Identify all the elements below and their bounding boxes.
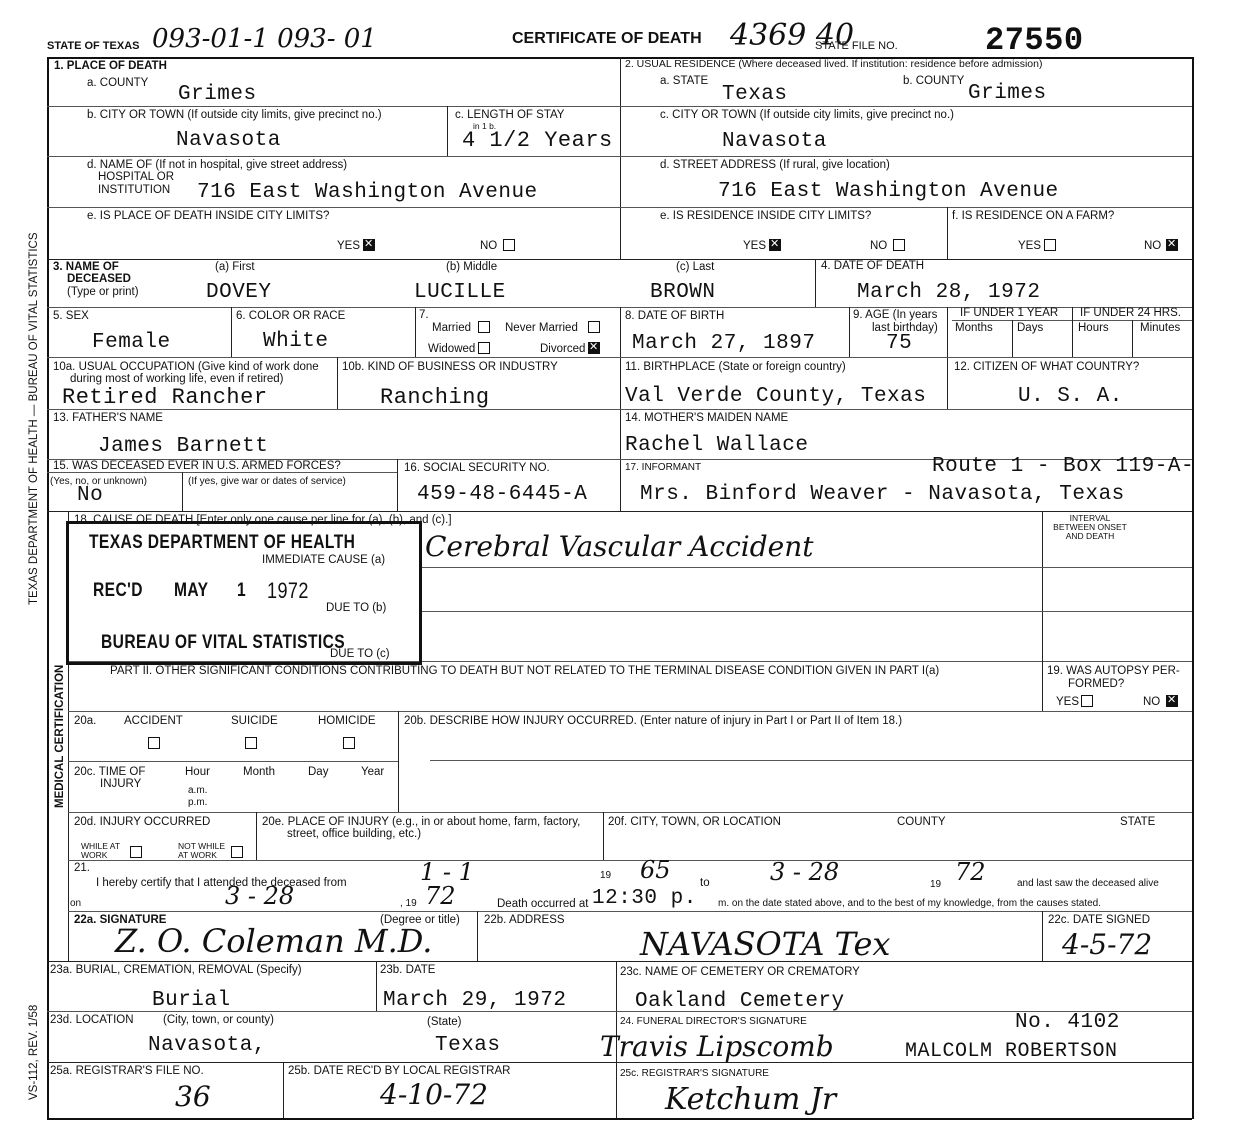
physician-signature[interactable]: Z. O. Coleman M.D.	[115, 922, 432, 960]
burial-state-sub: (State)	[427, 1016, 462, 1028]
residence-farm-no-checkbox[interactable]	[1166, 239, 1178, 251]
mother-value[interactable]: Rachel Wallace	[625, 435, 808, 457]
first-name-label: (a) First	[215, 261, 255, 273]
pm-label: p.m.	[188, 797, 207, 808]
length-of-stay-value[interactable]: 4 1/2 Years	[462, 130, 613, 152]
father-value[interactable]: James Barnett	[98, 436, 268, 458]
death-inside-no-label: NO	[480, 240, 497, 252]
last-name-value[interactable]: BROWN	[650, 282, 716, 304]
injury-location-label: 20f. CITY, TOWN, OR LOCATION	[608, 816, 781, 828]
death-time-value[interactable]: 12:30 p.	[592, 888, 697, 910]
under-year-label: IF UNDER 1 YEAR	[960, 307, 1058, 319]
registrar-file-label: 25a. REGISTRAR'S FILE NO.	[50, 1065, 204, 1077]
registrar-date-value[interactable]: 4-10-72	[380, 1078, 488, 1111]
ssn-label: 16. SOCIAL SECURITY NO.	[404, 462, 550, 474]
form-number-label: VS-112, REV. 1/58	[28, 1005, 40, 1100]
residence-inside-no-checkbox[interactable]	[893, 239, 905, 251]
state-file-number: 27550	[985, 24, 1084, 58]
mother-label: 14. MOTHER'S MAIDEN NAME	[625, 412, 788, 424]
residence-state-value[interactable]: Texas	[722, 84, 788, 106]
homicide-checkbox[interactable]	[343, 737, 355, 749]
death-inside-limits-label: e. IS PLACE OF DEATH INSIDE CITY LIMITS?	[87, 210, 329, 222]
residence-farm-no-label: NO	[1144, 240, 1161, 252]
autopsy-yes-label: YES	[1056, 696, 1079, 708]
birthplace-value[interactable]: Val Verde County, Texas	[625, 386, 926, 408]
divorced-checkbox[interactable]	[588, 342, 600, 354]
funeral-license-number: No. 4102	[1015, 1012, 1120, 1034]
burial-location-label: 23d. LOCATION	[50, 1014, 134, 1026]
armed-forces-label: 15. WAS DECEASED EVER IN U.S. ARMED FORC…	[53, 460, 341, 472]
residence-city-value[interactable]: Navasota	[722, 131, 827, 153]
place-of-injury-label-2: street, office building, etc.)	[287, 828, 421, 840]
death-inside-yes-checkbox[interactable]	[363, 239, 375, 251]
place-of-death-label: 1. PLACE OF DEATH	[54, 60, 167, 72]
medical-certification-side-label: MEDICAL CERTIFICATION	[54, 665, 66, 808]
date-signed-label: 22c. DATE SIGNED	[1048, 914, 1150, 926]
residence-state-label: a. STATE	[660, 75, 708, 87]
date-of-death-value[interactable]: March 28, 1972	[857, 282, 1040, 304]
widowed-checkbox[interactable]	[478, 342, 490, 354]
death-county-label: a. COUNTY	[87, 77, 148, 89]
stamp-received-prefix: REC'D	[93, 580, 143, 602]
homicide-label: HOMICIDE	[318, 715, 376, 727]
degree-label: (Degree or title)	[380, 914, 460, 926]
time-of-injury-label-2: INJURY	[100, 778, 141, 790]
ssn-value[interactable]: 459-48-6445-A	[417, 484, 587, 506]
residence-inside-limits-label: e. IS RESIDENCE INSIDE CITY LIMITS?	[660, 210, 871, 222]
last-seen-date[interactable]: 3 - 28	[225, 882, 294, 910]
disposition-value[interactable]: Burial	[152, 990, 231, 1012]
residence-street-label: d. STREET ADDRESS (If rural, give locati…	[660, 159, 890, 171]
certify-item-label: 21.	[74, 862, 90, 874]
registrar-date-label: 25b. DATE REC'D BY LOCAL REGISTRAR	[288, 1065, 510, 1077]
attended-from-year[interactable]: 65	[640, 856, 671, 884]
sex-label: 5. SEX	[53, 310, 89, 322]
funeral-director-signature[interactable]: Travis Lipscomb	[600, 1030, 834, 1063]
widowed-label: Widowed	[428, 343, 475, 355]
autopsy-no-label: NO	[1143, 696, 1160, 708]
accident-label: ACCIDENT	[124, 715, 183, 727]
never-married-label: Never Married	[505, 322, 578, 334]
dob-label: 8. DATE OF BIRTH	[625, 310, 724, 322]
birthplace-label: 11. BIRTHPLACE (State or foreign country…	[625, 361, 846, 373]
divorced-label: Divorced	[540, 343, 585, 355]
citizen-label: 12. CITIZEN OF WHAT COUNTRY?	[954, 361, 1139, 373]
residence-inside-no-label: NO	[870, 240, 887, 252]
while-at-work-label: WHILE AT WORK	[81, 842, 123, 860]
suicide-checkbox[interactable]	[245, 737, 257, 749]
on-label: on	[70, 898, 81, 909]
armed-forces-value[interactable]: No	[77, 485, 103, 507]
length-of-stay-label: c. LENGTH OF STAY	[455, 109, 564, 121]
certify-text: I hereby certify that I attended the dec…	[96, 877, 347, 889]
disposition-label: 23a. BURIAL, CREMATION, REMOVAL (Specify…	[50, 964, 302, 976]
registrar-signature[interactable]: Ketchum Jr	[665, 1082, 836, 1117]
date-of-death-label: 4. DATE OF DEATH	[821, 260, 924, 272]
received-stamp: TEXAS DEPARTMENT OF HEALTH REC'D MAY 1 1…	[66, 521, 422, 665]
describe-injury-label: 20b. DESCRIBE HOW INJURY OCCURRED. (Ente…	[404, 715, 902, 727]
year-label: Year	[361, 766, 384, 778]
deceased-name-label-3: (Type or print)	[67, 286, 139, 298]
cemetery-label: 23c. NAME OF CEMETERY OR CREMATORY	[620, 966, 860, 978]
not-while-at-work-checkbox[interactable]	[231, 846, 243, 858]
accident-checkbox[interactable]	[148, 737, 160, 749]
date-signed-value[interactable]: 4-5-72	[1062, 928, 1152, 961]
autopsy-label: 19. WAS AUTOPSY PER-	[1047, 665, 1180, 677]
cemetery-value[interactable]: Oakland Cemetery	[635, 991, 845, 1013]
residence-inside-yes-checkbox[interactable]	[769, 239, 781, 251]
hospital-label-2: HOSPITAL OR	[98, 171, 174, 183]
to-label: to	[700, 877, 710, 889]
hours-label: Hours	[1078, 322, 1109, 334]
occupation-label-2: during most of working life, even if ret…	[70, 373, 283, 385]
injury-state-label: STATE	[1120, 816, 1155, 828]
am-label: a.m.	[188, 785, 207, 796]
stamp-day: 1	[237, 580, 246, 602]
occupation-label: 10a. USUAL OCCUPATION (Give kind of work…	[53, 361, 319, 373]
age-label: 9. AGE (In years	[853, 309, 937, 321]
death-city-value[interactable]: Navasota	[176, 130, 281, 152]
day-label: Day	[308, 766, 328, 778]
under-day-label: IF UNDER 24 HRS.	[1080, 307, 1181, 319]
dob-value[interactable]: March 27, 1897	[632, 333, 815, 355]
attended-to-year[interactable]: 72	[955, 858, 986, 886]
part2-label: PART II. OTHER SIGNIFICANT CONDITIONS CO…	[110, 665, 939, 677]
residence-county-label: b. COUNTY	[903, 75, 964, 87]
stamp-line-1: TEXAS DEPARTMENT OF HEALTH	[89, 532, 355, 554]
interval-label: INTERVAL BETWEEN ONSET AND DEATH	[1050, 514, 1130, 541]
injury-occurred-label: 20d. INJURY OCCURRED	[74, 816, 210, 828]
death-inside-yes-label: YES	[337, 240, 360, 252]
hour-label: Hour	[185, 766, 210, 778]
burial-date-label: 23b. DATE	[380, 964, 435, 976]
department-side-label: TEXAS DEPARTMENT OF HEALTH — BUREAU OF V…	[28, 232, 40, 605]
while-at-work-checkbox[interactable]	[130, 846, 142, 858]
autopsy-label-2: FORMED?	[1068, 678, 1124, 690]
registrar-file-value[interactable]: 36	[175, 1080, 211, 1113]
middle-name-label: (b) Middle	[446, 261, 497, 273]
armed-forces-sub-2: (If yes, give war or dates of service)	[188, 476, 346, 487]
injury-type-label: 20a.	[74, 715, 96, 727]
never-married-checkbox[interactable]	[588, 321, 600, 333]
residence-farm-label: f. IS RESIDENCE ON A FARM?	[952, 210, 1114, 222]
informant-label: 17. INFORMANT	[625, 462, 701, 473]
race-label: 6. COLOR OR RACE	[236, 310, 345, 322]
funeral-home-name: MALCOLM ROBERTSON	[905, 1041, 1118, 1063]
burial-date-value[interactable]: March 29, 1972	[383, 990, 566, 1012]
burial-city-value[interactable]: Navasota,	[148, 1035, 266, 1057]
state-label: STATE OF TEXAS	[47, 40, 140, 52]
death-city-label: b. CITY OR TOWN (If outside city limits,…	[87, 109, 382, 121]
attended-to-date[interactable]: 3 - 28	[770, 858, 839, 886]
days-label: Days	[1017, 322, 1043, 334]
middle-name-value[interactable]: LUCILLE	[414, 282, 506, 304]
industry-label: 10b. KIND OF BUSINESS OR INDUSTRY	[342, 361, 558, 373]
from-year-prefix: 19	[600, 870, 611, 881]
autopsy-no-checkbox[interactable]	[1166, 695, 1178, 707]
death-county-value[interactable]: Grimes	[178, 84, 257, 106]
citizen-value[interactable]: U. S. A.	[1018, 386, 1123, 408]
time-of-injury-label: 20c. TIME OF	[74, 766, 145, 778]
stamp-line-3: BUREAU OF VITAL STATISTICS	[101, 632, 345, 654]
immediate-cause-value[interactable]: Cerebral Vascular Accident	[425, 530, 814, 563]
injury-county-label: COUNTY	[897, 816, 946, 828]
not-while-at-work-label: NOT WHILE AT WORK	[178, 842, 230, 860]
deceased-name-label: 3. NAME OF	[53, 261, 119, 273]
last-saw-text: and last saw the deceased alive	[1017, 878, 1159, 889]
death-occurred-text: Death occurred at	[497, 898, 588, 910]
last-name-label: (c) Last	[676, 261, 714, 273]
residence-label: 2. USUAL RESIDENCE (Where deceased lived…	[625, 58, 1042, 70]
physician-address-label: 22b. ADDRESS	[484, 914, 565, 926]
first-name-value[interactable]: DOVEY	[206, 282, 272, 304]
occupation-value[interactable]: Retired Rancher	[62, 387, 268, 409]
state-file-label: STATE FILE NO.	[815, 40, 898, 52]
sex-value[interactable]: Female	[92, 332, 171, 354]
married-label: Married	[432, 322, 471, 334]
residence-city-label: c. CITY OR TOWN (If outside city limits,…	[660, 109, 954, 121]
stamp-month: MAY	[174, 580, 208, 602]
burial-state-value[interactable]: Texas	[435, 1035, 501, 1057]
stated-text: m. on the date stated above, and to the …	[718, 898, 1101, 909]
father-label: 13. FATHER'S NAME	[53, 412, 163, 424]
residence-county-value[interactable]: Grimes	[968, 83, 1047, 105]
informant-address[interactable]: Route 1 - Box 119-A-	[932, 456, 1194, 478]
last-seen-year[interactable]: 72	[425, 882, 456, 910]
age-value[interactable]: 75	[886, 333, 912, 355]
residence-inside-yes-label: YES	[743, 240, 766, 252]
industry-value[interactable]: Ranching	[380, 387, 490, 409]
death-inside-no-checkbox[interactable]	[503, 239, 515, 251]
residence-street-value[interactable]: 716 East Washington Avenue	[718, 181, 1059, 203]
residence-farm-yes-label: YES	[1018, 240, 1041, 252]
handwritten-codes: 093-01-1 093- 01	[152, 24, 377, 54]
place-of-injury-label: 20e. PLACE OF INJURY (e.g., in or about …	[262, 816, 580, 828]
to-year-prefix: 19	[930, 879, 941, 890]
funeral-director-label: 24. FUNERAL DIRECTOR'S SIGNATURE	[620, 1016, 807, 1027]
registrar-signature-label: 25c. REGISTRAR'S SIGNATURE	[620, 1068, 769, 1079]
stamp-year: 1972	[267, 578, 309, 604]
hospital-value[interactable]: 716 East Washington Avenue	[197, 182, 538, 204]
months-label: Months	[955, 322, 993, 334]
burial-location-sub: (City, town, or county)	[163, 1014, 274, 1026]
residence-farm-yes-checkbox[interactable]	[1044, 239, 1056, 251]
marital-label: 7.	[419, 309, 429, 321]
month-label: Month	[243, 766, 275, 778]
minutes-label: Minutes	[1140, 322, 1180, 334]
hospital-label: d. NAME OF (If not in hospital, give str…	[87, 159, 347, 171]
hospital-label-3: INSTITUTION	[98, 184, 170, 196]
race-value[interactable]: White	[263, 331, 329, 353]
on-year-prefix: , 19	[400, 898, 417, 909]
certificate-title: CERTIFICATE OF DEATH	[512, 30, 702, 48]
deceased-name-label-2: DECEASED	[67, 273, 131, 285]
suicide-label: SUICIDE	[231, 715, 278, 727]
informant-value[interactable]: Mrs. Binford Weaver - Navasota, Texas	[640, 484, 1125, 506]
autopsy-yes-checkbox[interactable]	[1081, 695, 1093, 707]
physician-address-value[interactable]: NAVASOTA Tex	[640, 925, 890, 963]
married-checkbox[interactable]	[478, 321, 490, 333]
